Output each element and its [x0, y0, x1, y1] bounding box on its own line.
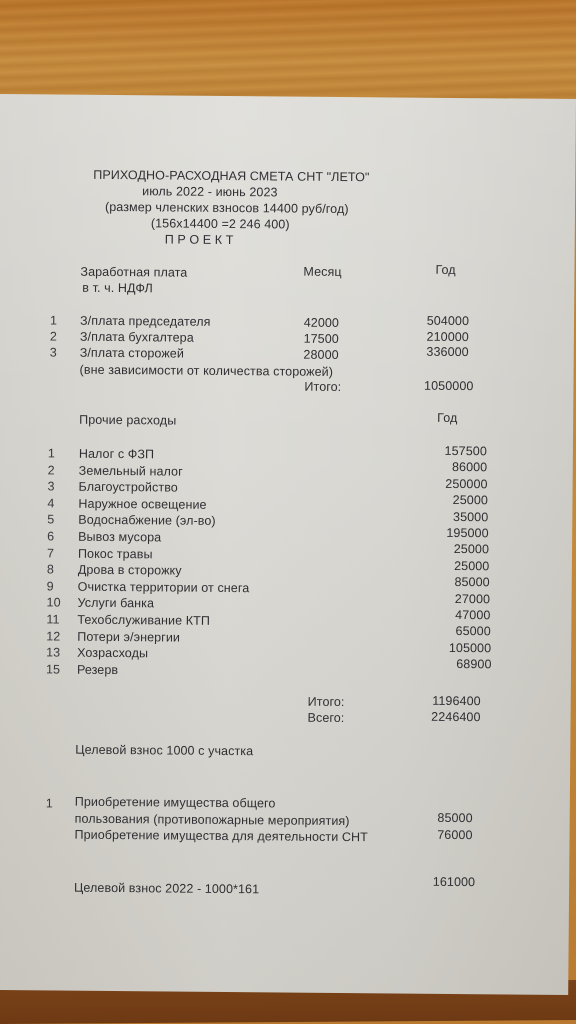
- row-index: 2: [50, 329, 70, 343]
- row-year-value: 25000: [409, 558, 489, 573]
- other-col-year-header: Год: [437, 411, 457, 425]
- row-index: 13: [46, 646, 66, 660]
- fee-note: (размер членских взносов 14400 руб/год): [105, 200, 349, 216]
- row-name: Вывоз мусора: [78, 530, 161, 545]
- row-name: Услуги банка: [77, 596, 154, 611]
- other-heading: Прочие расходы: [79, 413, 176, 428]
- row-name: Покос травы: [78, 546, 153, 561]
- row-index: 4: [47, 496, 67, 510]
- row-index: 1: [50, 313, 70, 327]
- row-year-value: 86000: [407, 460, 487, 475]
- row-index: 11: [46, 612, 66, 626]
- row-name: Земельный налог: [79, 463, 183, 478]
- row-month-value: 28000: [259, 347, 339, 362]
- row-name: Налог с ФЗП: [79, 447, 154, 462]
- row-year-value: 105000: [411, 640, 491, 655]
- row-index: 8: [47, 563, 67, 577]
- row-index: 9: [47, 579, 67, 593]
- row-index: 6: [47, 529, 67, 543]
- salary-subheading: в т. ч. НДФЛ: [82, 281, 153, 296]
- row-year-value: 68900: [411, 657, 491, 672]
- target-item-line3: Приобретение имущества для деятельности …: [74, 828, 367, 845]
- other-total-value: 1196400: [401, 694, 481, 709]
- row-index: 1: [48, 446, 68, 460]
- target-item-line2: пользования (противопожарные мероприятия…: [75, 812, 350, 828]
- grand-total-label: Всего:: [308, 711, 345, 725]
- document-page: ПРИХОДНО-РАСХОДНАЯ СМЕТА СНТ "ЛЕТО" июль…: [0, 94, 576, 995]
- row-year-value: 27000: [410, 591, 490, 606]
- wooden-table-top: [0, 0, 576, 104]
- row-index: 2: [48, 463, 68, 477]
- col-month-header: Месяц: [303, 265, 341, 279]
- row-index: 15: [46, 662, 66, 676]
- row-index: 7: [47, 546, 67, 560]
- row-year-value: 47000: [410, 608, 490, 623]
- grand-total-value: 2246400: [401, 710, 481, 725]
- col-year-header: Год: [435, 263, 455, 277]
- row-name: З/плата председателя: [80, 314, 211, 329]
- row-year-value: 210000: [389, 329, 469, 344]
- row-year-value: 504000: [389, 313, 469, 328]
- row-year-value: 195000: [409, 526, 489, 541]
- target-fee-heading: Целевой взнос 1000 с участка: [75, 743, 253, 759]
- row-name: Наружное освещение: [78, 496, 206, 511]
- row-year-value: 65000: [411, 624, 491, 639]
- row-name: Потери э/энергии: [77, 629, 180, 644]
- row-name: Резерв: [77, 662, 118, 676]
- row-name: Очистка территории от снега: [78, 579, 250, 594]
- salary-note: (вне зависимости от количества сторожей): [80, 363, 334, 379]
- fee-calculation: (156x14400 =2 246 400): [151, 216, 290, 231]
- target-item-line1: Приобретение имущества общего: [75, 795, 276, 811]
- target-index: 1: [46, 796, 66, 810]
- row-index: 3: [48, 480, 68, 494]
- other-total-label: Итого:: [308, 695, 345, 709]
- row-year-value: 35000: [408, 509, 488, 524]
- row-name: Благоустройство: [79, 480, 178, 495]
- row-index: 5: [47, 513, 67, 527]
- row-index: 12: [46, 629, 66, 643]
- salary-heading: Заработная плата: [80, 265, 187, 280]
- draft-label: П Р О Е К Т: [165, 232, 234, 247]
- row-name: З/плата сторожей: [80, 346, 184, 361]
- row-index: 10: [47, 596, 67, 610]
- row-name: Хозрасходы: [77, 646, 148, 661]
- row-index: 3: [50, 345, 70, 359]
- target-item-line2-value: 85000: [393, 810, 473, 825]
- row-year-value: 157500: [407, 444, 487, 459]
- row-name: Водоснабжение (эл-во): [78, 513, 216, 528]
- target-item-line3-value: 76000: [392, 827, 472, 842]
- row-month-value: 42000: [259, 315, 339, 330]
- document-period: июль 2022 - июнь 2023: [142, 184, 278, 199]
- row-year-value: 336000: [389, 344, 469, 359]
- row-name: Дрова в сторожку: [78, 563, 182, 578]
- row-year-value: 25000: [408, 493, 488, 508]
- target-summary-value: 161000: [395, 874, 475, 889]
- target-summary-label: Целевой взнос 2022 - 1000*161: [74, 881, 259, 897]
- salary-total-label: Итого:: [304, 380, 341, 394]
- row-year-value: 250000: [408, 476, 488, 491]
- row-year-value: 25000: [409, 542, 489, 557]
- row-year-value: 85000: [410, 575, 490, 590]
- row-name: Техобслуживание КТП: [77, 613, 210, 628]
- salary-total-value: 1050000: [393, 378, 473, 393]
- row-month-value: 17500: [259, 331, 339, 346]
- row-name: З/плата бухгалтера: [80, 330, 194, 345]
- document-title: ПРИХОДНО-РАСХОДНАЯ СМЕТА СНТ "ЛЕТО": [93, 168, 369, 184]
